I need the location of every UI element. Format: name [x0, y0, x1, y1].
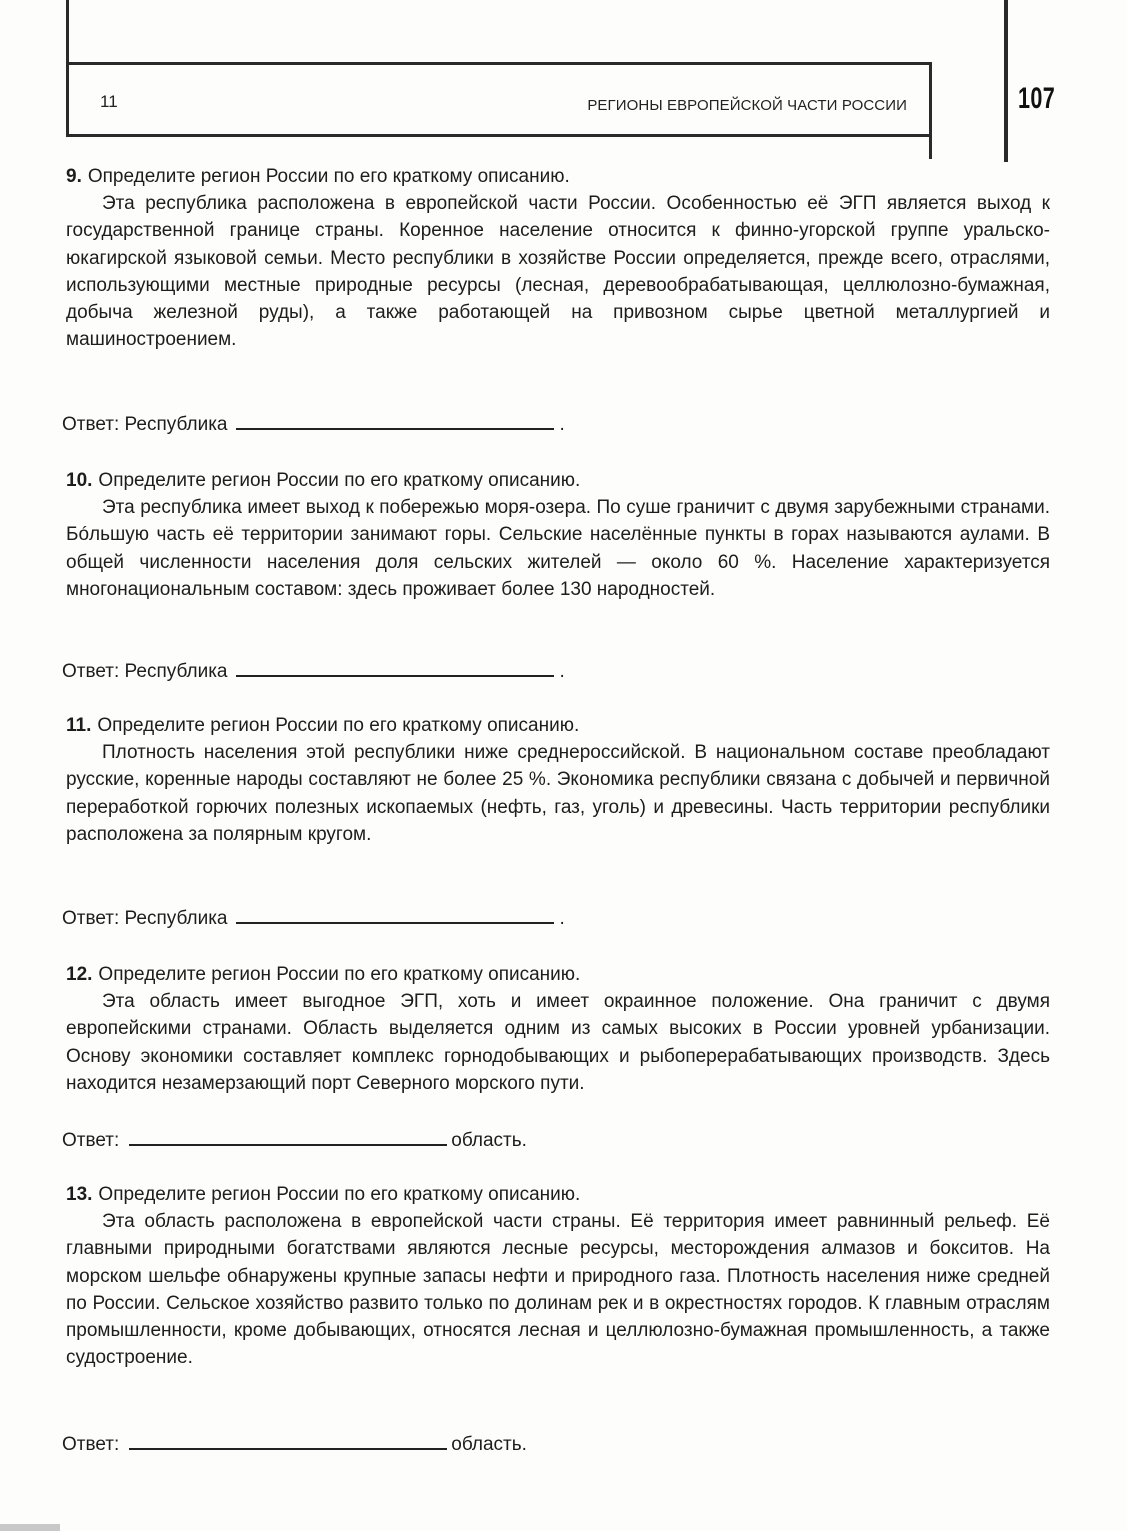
- page-number: 107: [1018, 82, 1055, 116]
- task-description: Эта республика расположена в европейской…: [66, 190, 1050, 354]
- task-prompt-text: Определите регион России по его краткому…: [98, 964, 580, 985]
- task-prompt-text: Определите регион России по его краткому…: [97, 715, 579, 736]
- task-10: 10.Определите регион России по его кратк…: [66, 467, 1050, 603]
- header-box-tail: [929, 137, 932, 159]
- task-9: 9.Определите регион России по его кратко…: [66, 163, 1050, 354]
- task-number: 11.: [66, 715, 91, 736]
- answer-suffix: область.: [451, 1130, 527, 1151]
- answer-suffix: область.: [451, 1434, 527, 1455]
- answer-suffix: .: [560, 908, 565, 929]
- page-number-rule: [1004, 0, 1008, 162]
- task-13: 13.Определите регион России по его кратк…: [66, 1181, 1050, 1372]
- scan-edge-mark: [0, 1524, 60, 1531]
- task-prompt: 11.Определите регион России по его кратк…: [66, 712, 1050, 739]
- answer-blank-input[interactable]: [129, 1430, 447, 1450]
- answer-line-12: Ответ:область.: [62, 1126, 527, 1154]
- task-description: Эта область расположена в европейской ча…: [66, 1208, 1050, 1372]
- answer-label: Ответ:: [62, 1434, 119, 1455]
- answer-label: Ответ: Республика: [62, 414, 228, 435]
- task-number: 9.: [66, 166, 82, 187]
- answer-line-11: Ответ: Республика.: [62, 904, 565, 932]
- task-11: 11.Определите регион России по его кратк…: [66, 712, 1050, 848]
- answer-blank-input[interactable]: [129, 1126, 447, 1146]
- task-12: 12.Определите регион России по его кратк…: [66, 961, 1050, 1097]
- task-prompt-text: Определите регион России по его краткому…: [88, 166, 570, 187]
- chapter-title: РЕГИОНЫ ЕВРОПЕЙСКОЙ ЧАСТИ РОССИИ: [587, 97, 907, 114]
- task-prompt: 13.Определите регион России по его кратк…: [66, 1181, 1050, 1208]
- answer-line-9: Ответ: Республика.: [62, 410, 565, 438]
- answer-blank-input[interactable]: [236, 410, 554, 430]
- answer-label: Ответ: Республика: [62, 908, 228, 929]
- answer-line-13: Ответ:область.: [62, 1430, 527, 1458]
- chapter-number: 11: [100, 92, 118, 112]
- answer-suffix: .: [560, 661, 565, 682]
- task-description: Эта республика имеет выход к побережью м…: [66, 494, 1050, 603]
- answer-blank-input[interactable]: [236, 904, 554, 924]
- task-prompt-text: Определите регион России по его краткому…: [98, 1184, 580, 1205]
- task-prompt-text: Определите регион России по его краткому…: [98, 470, 580, 491]
- task-prompt: 9.Определите регион России по его кратко…: [66, 163, 1050, 190]
- task-number: 13.: [66, 1184, 92, 1205]
- answer-label: Ответ: Республика: [62, 661, 228, 682]
- answer-label: Ответ:: [62, 1130, 119, 1151]
- answer-blank-input[interactable]: [236, 657, 554, 677]
- answer-suffix: .: [560, 414, 565, 435]
- task-prompt: 10.Определите регион России по его кратк…: [66, 467, 1050, 494]
- task-prompt: 12.Определите регион России по его кратк…: [66, 961, 1050, 988]
- task-number: 12.: [66, 964, 92, 985]
- task-description: Эта область имеет выгодное ЭГП, хоть и и…: [66, 988, 1050, 1097]
- task-description: Плотность населения этой республики ниже…: [66, 739, 1050, 848]
- answer-line-10: Ответ: Республика.: [62, 657, 565, 685]
- task-number: 10.: [66, 470, 92, 491]
